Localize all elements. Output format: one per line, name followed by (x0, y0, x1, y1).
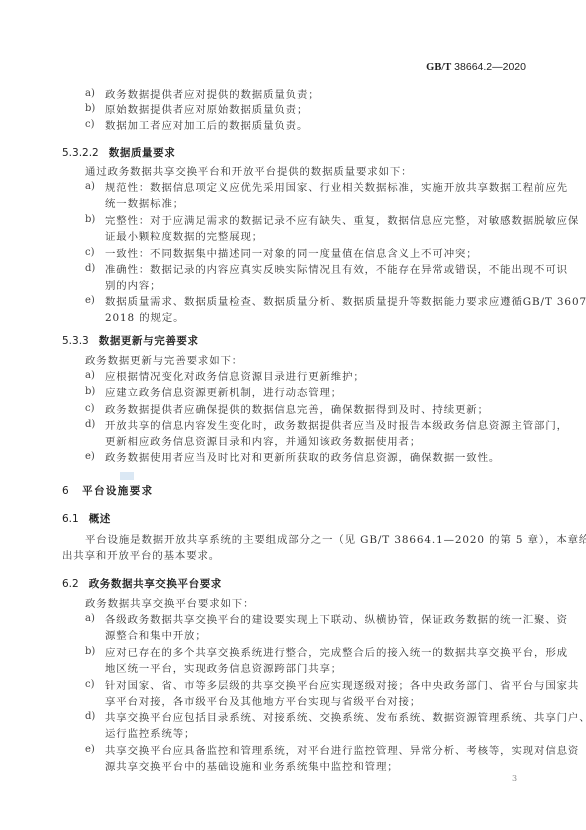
list-item: 共享交换平台应包括目录系统、对接系统、交换系统、发布系统、数据资源管理系统、共享… (105, 711, 586, 725)
list-item: 开放共享的信息内容发生变化时，政务数据提供者应当及时报告本级政务信息资源主管部门… (105, 419, 568, 433)
standard-number: 38664.2—2020 (454, 61, 526, 73)
list-item: 各级政务数据共享交换平台的建设要实现上下联动、纵横协管，保证政务数据的统一汇聚、… (105, 613, 568, 627)
list-marker: b) (85, 103, 95, 114)
paragraph-line: 出共享和开放平台的基本要求。 (62, 549, 220, 563)
section-intro: 政务数据共享交换平台要求如下： (85, 597, 254, 611)
list-item: 针对国家、省、市等多层级的共享交换平台应实现逐级对接；各中央政务部门、省平台与国… (105, 679, 579, 693)
chapter-number: 6 (62, 485, 70, 497)
section-title: 概述 (89, 513, 111, 525)
list-marker: b) (85, 386, 95, 397)
chapter-title: 平台设施要求 (82, 485, 153, 497)
list-marker: a) (85, 370, 95, 381)
list-marker: a) (85, 181, 95, 192)
standard-code: GB/T 38664.2—2020 (426, 61, 526, 73)
list-marker: b) (85, 646, 95, 657)
list-item: 数据加工者应对加工后的数据质量负责。 (105, 119, 308, 133)
section-heading-5-3-2-2: 5.3.2.2数据质量要求 (62, 145, 175, 160)
list-marker: c) (85, 119, 95, 130)
list-item-continuation: 2018 的规定。 (105, 311, 184, 325)
list-item: 准确性：数据记录的内容应真实反映实际情况且有效，不能存在异常或错误，不能出现不可… (105, 263, 568, 277)
list-marker: e) (85, 451, 95, 462)
list-item: 一致性：不同数据集中描述同一对象的同一度量值在信息含义上不可冲突； (105, 247, 478, 261)
list-marker: e) (85, 744, 95, 755)
list-item: 应建立政务信息资源更新机制，进行动态管理； (105, 386, 342, 400)
list-item-continuation: 别的内容； (105, 279, 161, 293)
list-item-continuation: 享平台对接，各市级平台及其他地方平台实现与省级平台对接； (105, 695, 421, 709)
list-item: 政务数据使用者应当及时比对和更新所获取的政务信息资源，确保数据一致性。 (105, 451, 500, 465)
list-item-continuation: 地区统一平台，实现政务信息资源跨部门共享； (105, 662, 342, 676)
list-marker: a) (85, 613, 95, 624)
paragraph-line: 平台设施是数据开放共享系统的主要组成部分之一（见 GB/T 38664.1—20… (85, 533, 586, 547)
section-title: 数据更新与完善要求 (99, 335, 199, 347)
section-number: 6.1 (62, 513, 79, 525)
list-marker: a) (85, 88, 95, 99)
list-marker: c) (85, 247, 95, 258)
list-item: 应对已存在的多个共享交换系统进行整合，完成整合后的接入统一的数据共享交换平台，形… (105, 646, 568, 660)
section-heading-6-2: 6.2政务数据共享交换平台要求 (62, 576, 222, 591)
list-item: 应根据情况变化对政务信息资源目录进行更新维护； (105, 370, 365, 384)
section-heading-5-3-3: 5.3.3数据更新与完善要求 (62, 333, 199, 348)
section-number: 5.3.3 (62, 335, 89, 347)
list-item: 政务数据提供者应对提供的数据质量负责； (105, 88, 320, 102)
list-item-continuation: 证最小颗粒度数据的完整展现； (105, 230, 263, 244)
scan-artifact (120, 472, 134, 480)
standard-prefix: GB/T (426, 62, 451, 73)
list-item-continuation: 更新相应政务信息资源目录和内容，并通知该政务数据使用者； (105, 435, 421, 449)
list-item-continuation: 统一数据标准； (105, 197, 184, 211)
page-number: 3 (512, 774, 517, 783)
section-number: 6.2 (62, 578, 79, 590)
chapter-heading-6: 6平台设施要求 (62, 483, 154, 498)
list-marker: d) (85, 711, 95, 722)
list-item: 共享交换平台应具备监控和管理系统，对平台进行监控管理、异常分析、考核等，实现对信… (105, 744, 579, 758)
list-marker: b) (85, 214, 95, 225)
section-intro: 通过政务数据共享交换平台和开放平台提供的数据质量要求如下： (85, 165, 412, 179)
list-marker: d) (85, 263, 95, 274)
list-item: 数据质量需求、数据质量检查、数据质量分析、数据质量提升等数据能力要求应遵循GB/… (105, 295, 586, 309)
list-item-continuation: 运行监控系统等； (105, 727, 195, 741)
list-item: 政务数据提供者应确保提供的数据信息完善，确保数据得到及时、持续更新； (105, 403, 489, 417)
list-item-continuation: 源共享交换平台中的基础设施和业务系统集中监控和管理； (105, 760, 399, 774)
list-marker: c) (85, 403, 95, 414)
list-marker: e) (85, 295, 95, 306)
section-title: 数据质量要求 (109, 147, 176, 159)
section-title: 政务数据共享交换平台要求 (89, 578, 222, 590)
list-item: 完整性：对于应满足需求的数据记录不应有缺失、重复，数据信息应完整，对敏感数据脱敏… (105, 214, 579, 228)
list-marker: c) (85, 679, 95, 690)
list-item: 规范性：数据信息项定义应优先采用国家、行业相关数据标准，实施开放共享数据工程前应… (105, 181, 568, 195)
list-item-continuation: 源整合和集中开放； (105, 629, 207, 643)
list-item: 原始数据提供者应对原始数据质量负责； (105, 103, 308, 117)
list-marker: d) (85, 419, 95, 430)
section-number: 5.3.2.2 (62, 147, 99, 159)
section-heading-6-1: 6.1概述 (62, 511, 111, 526)
section-intro: 政务数据更新与完善要求如下： (85, 354, 243, 368)
